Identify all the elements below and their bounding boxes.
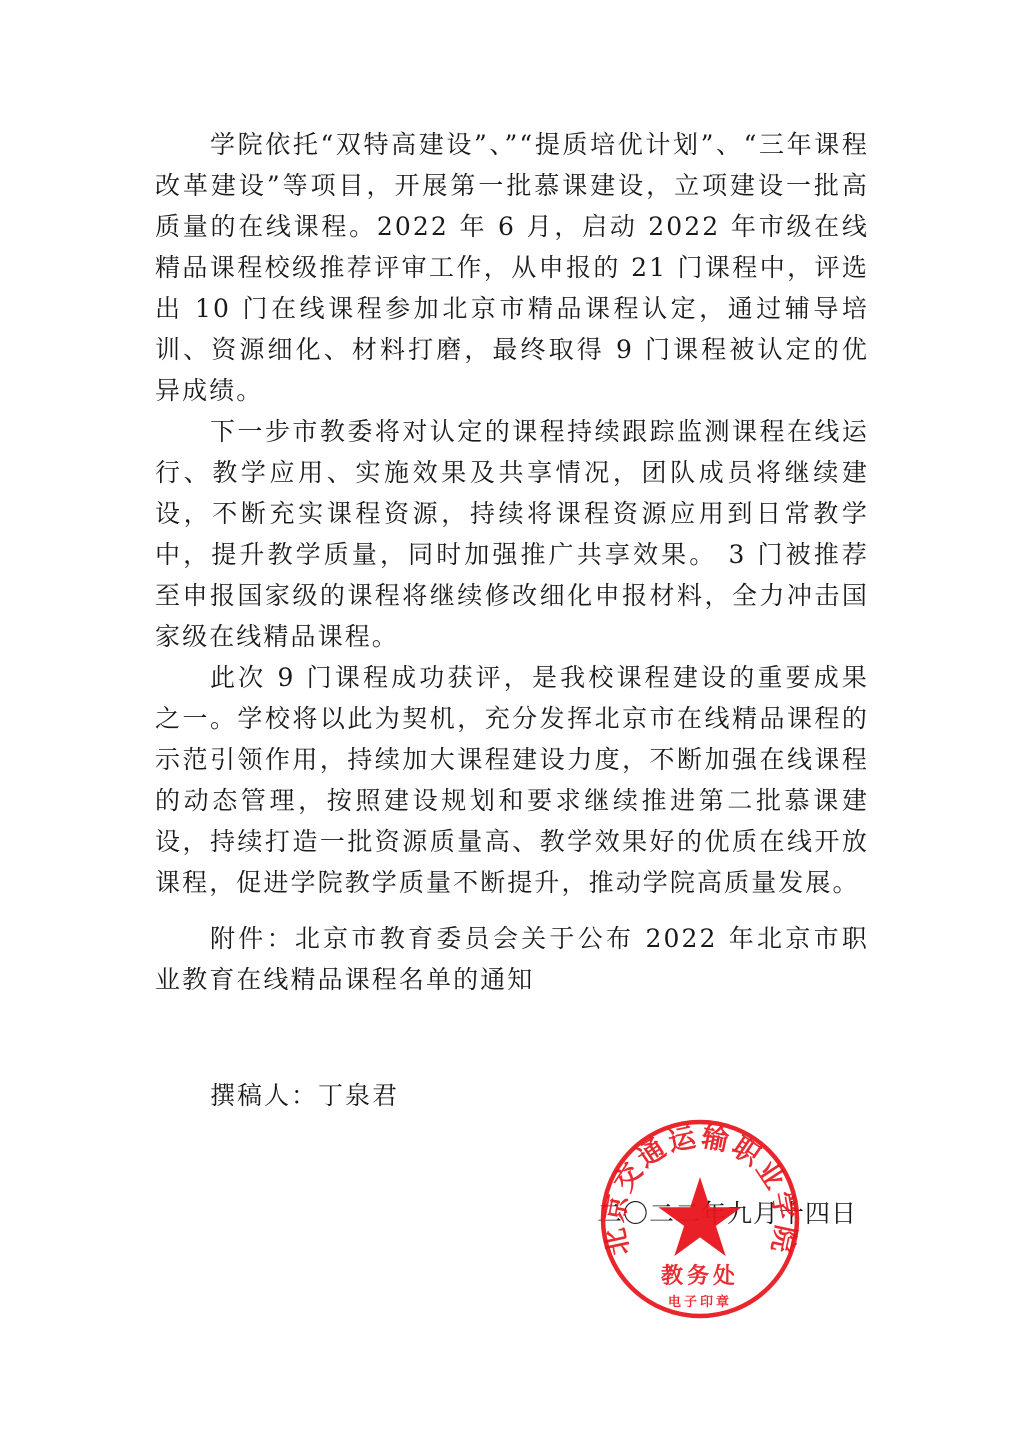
svg-text:北京交通运输职业学院: 北京交通运输职业学院 bbox=[598, 1120, 801, 1258]
seal-org-name-text: 北京交通运输职业学院 bbox=[598, 1120, 801, 1258]
seal-org-name: 北京交通运输职业学院 bbox=[598, 1120, 801, 1258]
paragraph-2: 下一步市教委将对认定的课程持续跟踪监测课程在线运行、教学应用、实施效果及共享情况… bbox=[155, 411, 869, 657]
document-body: 学院依托“双特高建设”、”“提质培优计划”、“三年课程改革建设”等项目，开展第一… bbox=[155, 124, 869, 903]
attachment-note: 附件：北京市教育委员会关于公布 2022 年北京市职业教育在线精品课程名单的通知 bbox=[155, 918, 869, 1000]
document-date: 二〇二二年九月十四日 bbox=[597, 1199, 857, 1229]
seal-label: 电子印章 bbox=[668, 1294, 732, 1310]
paragraph-3: 此次 9 门课程成功获评，是我校课程建设的重要成果之一。学校将以此为契机，充分发… bbox=[155, 657, 869, 903]
author-line: 撰稿人：丁泉君 bbox=[210, 1075, 399, 1116]
paragraph-1: 学院依托“双特高建设”、”“提质培优计划”、“三年课程改革建设”等项目，开展第一… bbox=[155, 124, 869, 411]
document-page: 学院依托“双特高建设”、”“提质培优计划”、“三年课程改革建设”等项目，开展第一… bbox=[0, 0, 1024, 1448]
seal-department: 教务处 bbox=[661, 1263, 739, 1289]
